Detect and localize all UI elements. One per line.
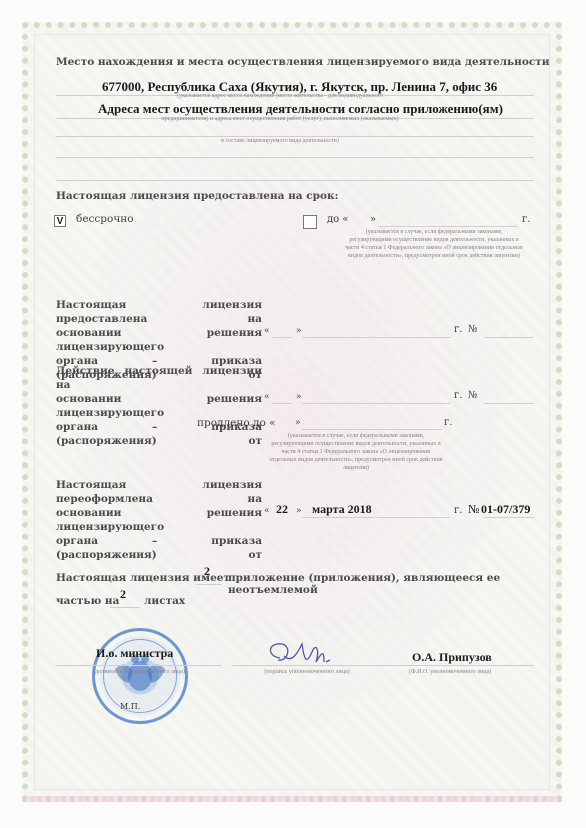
position-hint: (должность уполномоченного лица) <box>56 668 222 676</box>
term-until-checkbox[interactable] <box>303 215 317 229</box>
name-hint: (Ф.И.О. уполномоченного лица) <box>366 668 534 676</box>
appendix-text4: листах <box>144 595 185 607</box>
indefinite-checkbox[interactable]: V <box>54 215 66 227</box>
appendix-count: 2 <box>204 564 210 579</box>
signatory-name: О.А. Припузов <box>412 650 492 665</box>
address-hint: (указывается адрес места нахождения (мес… <box>120 92 440 100</box>
term-until-label: до « <box>327 214 348 225</box>
location-heading: Место нахождения и места осуществления л… <box>56 56 550 68</box>
activity-scope-hint: в составе лицензируемого вида деятельнос… <box>150 137 410 145</box>
reissued-day: 22 <box>276 502 288 517</box>
extended-until-hint: (указывается в случае, если федеральными… <box>268 432 444 472</box>
activity-places-hint: предпринимателя) и адреса мест осуществл… <box>100 115 460 123</box>
signature-hint: (подпись уполномоченного лица) <box>232 668 382 676</box>
appendix-text2: приложение (приложения), являющееся ее н… <box>228 572 586 596</box>
seal-label: М.П. <box>120 702 140 711</box>
signatory-position: И.о. министра <box>96 646 173 661</box>
term-heading: Настоящая лицензия предоставлена на срок… <box>56 190 338 202</box>
extended-until-label: продлено до « <box>197 417 276 429</box>
indefinite-label: бессрочно <box>76 213 134 225</box>
appendix-sheets: 2 <box>120 587 126 602</box>
extended-basis-text: Действие настоящей лицензии наосновании … <box>56 364 262 448</box>
term-until-hint: (указывается в случае, если федеральными… <box>345 228 523 260</box>
reissued-order-number: 01-07/379 <box>481 502 530 517</box>
reissued-month-year: марта 2018 <box>312 502 372 517</box>
appendix-text3: частью на <box>56 595 119 607</box>
reissued-basis-text: Настоящая лицензия переоформлена наоснов… <box>56 478 262 562</box>
